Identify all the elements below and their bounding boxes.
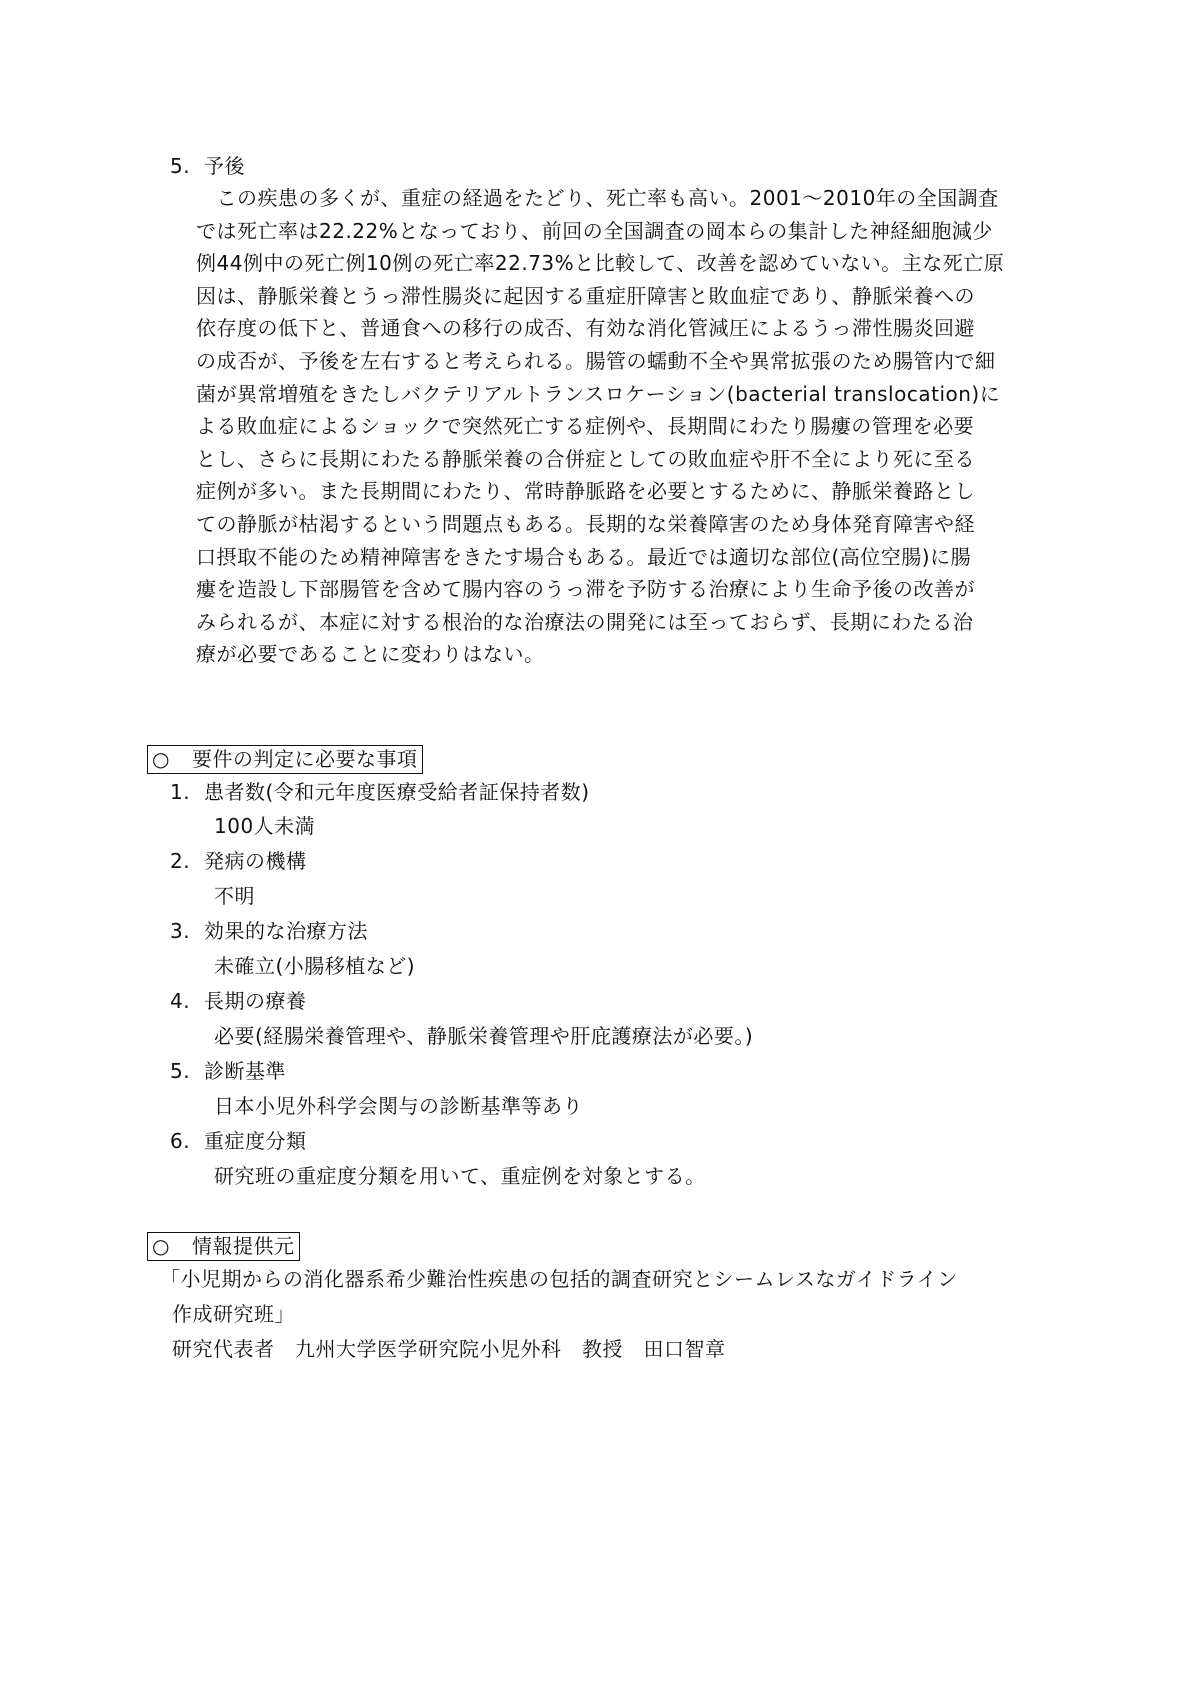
requirement-item-value: 日本小児外科学会関与の診断基準等あり — [214, 1090, 583, 1123]
prognosis-line: 例44例中の死亡例10例の死亡率22.73%と比較して、改善を認めていない。主な… — [196, 247, 1004, 280]
prognosis-line: では死亡率は22.22%となっており、前回の全国調査の岡本らの集計した神経細胞減… — [196, 215, 993, 248]
prognosis-line: 症例が多い。また長期間にわたり、常時静脈路を必要とするために、静脈栄養路とし — [196, 475, 975, 508]
requirement-item-value: 不明 — [214, 880, 255, 913]
prognosis-heading: 5.予後 — [170, 150, 245, 183]
prognosis-line: 因は、静脈栄養とうっ滞性腸炎に起因する重症肝障害と敗血症であり、静脈栄養への — [196, 280, 975, 313]
prognosis-line: の成否が、予後を左右すると考えられる。腸管の蠕動不全や異常拡張のため腸管内で細 — [196, 345, 996, 378]
source-title: 情報提供元 — [192, 1234, 295, 1258]
requirement-item-value: 未確立(小腸移植など) — [214, 950, 415, 983]
source-line: 「小児期からの消化器系希少難治性疾患の包括的調査研究とシームレスなガイドライン — [160, 1263, 958, 1296]
prognosis-line: 菌が異常増殖をきたしバクテリアルトランスロケーション(bacterial tra… — [196, 378, 1000, 411]
requirement-item-label: 6.重症度分類 — [170, 1125, 307, 1158]
prognosis-line: よる敗血症によるショックで突然死亡する症例や、長期間にわたり腸瘻の管理を必要 — [196, 410, 974, 443]
document-page: 5.予後 この疾患の多くが、重症の経過をたどり、死亡率も高い。2001～2010… — [0, 0, 1181, 1695]
requirement-item-label: 3.効果的な治療方法 — [170, 915, 368, 948]
requirement-item-value: 100人未満 — [214, 810, 315, 843]
prognosis-line: この疾患の多くが、重症の経過をたどり、死亡率も高い。2001～2010年の全国調… — [196, 182, 999, 215]
requirements-title: 要件の判定に必要な事項 — [192, 747, 418, 771]
source-line: 作成研究班」 — [172, 1298, 295, 1331]
requirement-item-label: 2.発病の機構 — [170, 845, 307, 878]
prognosis-line: ての静脈が枯渇するという問題点もある。長期的な栄養障害のため身体発育障害や経 — [196, 508, 975, 541]
requirement-item-label: 1.患者数(令和元年度医療受給者証保持者数) — [170, 776, 590, 809]
requirement-item-value: 必要(経腸栄養管理や、静脈栄養管理や肝庇護療法が必要。) — [214, 1020, 753, 1053]
requirement-item-label: 4.長期の療養 — [170, 985, 307, 1018]
prognosis-line: 療が必要であることに変わりはない。 — [196, 638, 545, 671]
circle-marker-icon: ○ — [152, 1233, 192, 1260]
prognosis-line: とし、さらに長期にわたる静脈栄養の合併症としての敗血症や肝不全により死に至る — [196, 443, 975, 476]
requirement-item-label: 5.診断基準 — [170, 1055, 286, 1088]
circle-marker-icon: ○ — [152, 746, 192, 773]
source-heading-box: ○情報提供元 — [147, 1232, 300, 1261]
source-line: 研究代表者 九州大学医学研究院小児外科 教授 田口智章 — [172, 1333, 726, 1366]
requirement-item-value: 研究班の重症度分類を用いて、重症例を対象とする。 — [214, 1160, 706, 1193]
requirements-heading-box: ○要件の判定に必要な事項 — [147, 745, 423, 774]
prognosis-line: 瘻を造設し下部腸管を含めて腸内容のうっ滞を予防する治療により生命予後の改善が — [196, 573, 975, 606]
prognosis-line: みられるが、本症に対する根治的な治療法の開発には至っておらず、長期にわたる治 — [196, 606, 973, 639]
prognosis-number: 5. — [170, 150, 204, 183]
prognosis-line: 口摂取不能のため精神障害をきたす場合もある。最近では適切な部位(高位空腸)に腸 — [196, 541, 971, 574]
prognosis-line: 依存度の低下と、普通食への移行の成否、有効な消化管減圧によるうっ滞性腸炎回避 — [196, 312, 975, 345]
prognosis-title: 予後 — [204, 154, 245, 178]
